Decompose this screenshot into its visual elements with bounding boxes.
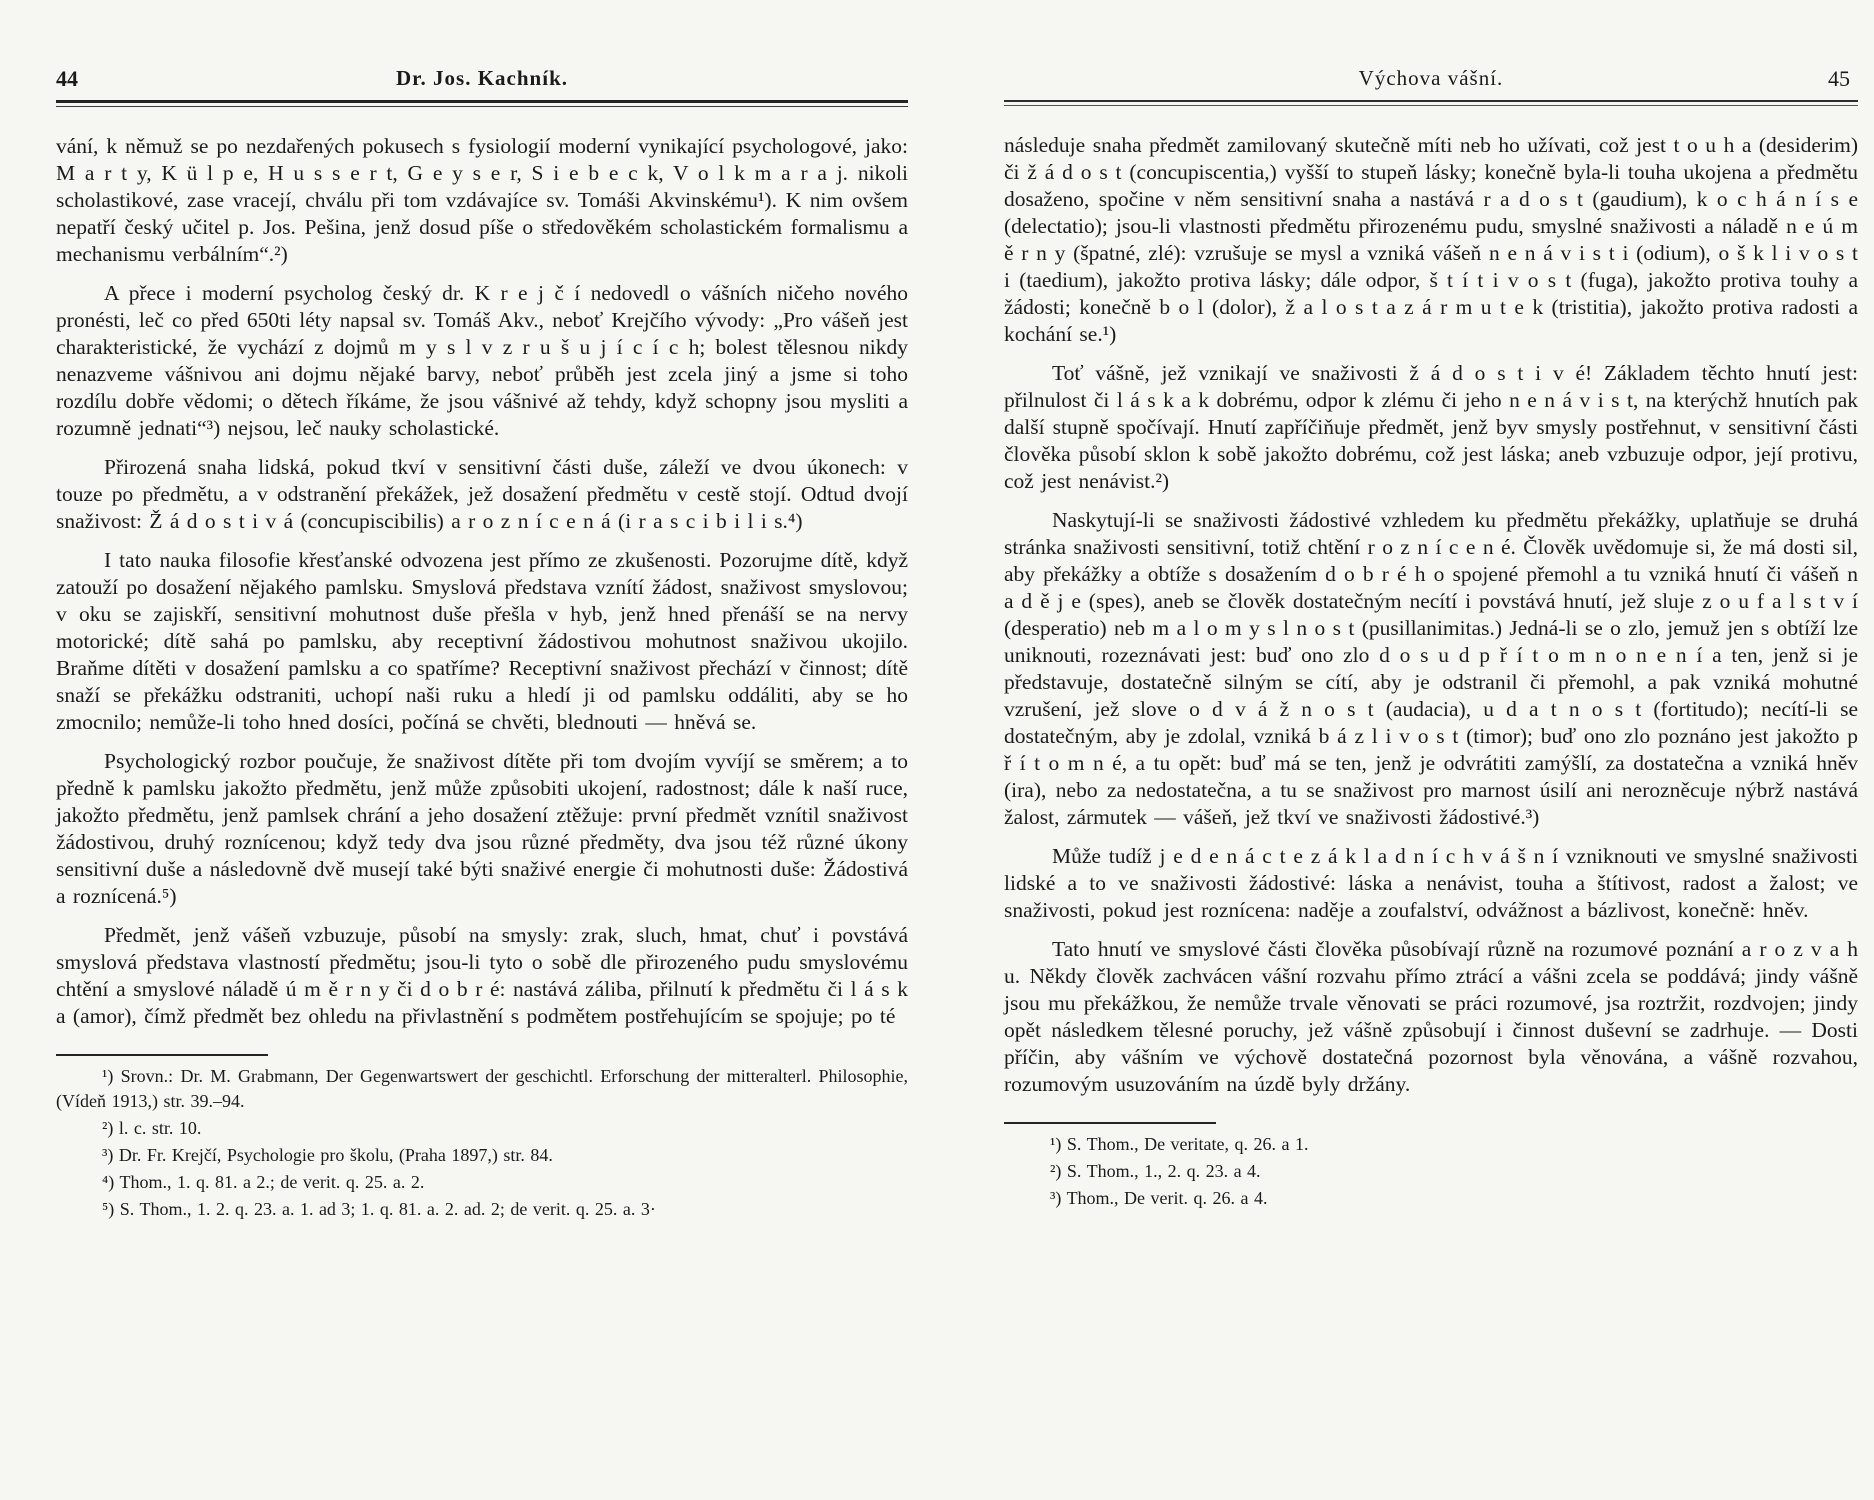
footnote: ¹) Srovn.: Dr. M. Grabmann, Der Gegenwar… bbox=[56, 1064, 908, 1114]
header-rule-left bbox=[56, 100, 908, 107]
paragraph: I tato nauka filosofie křesťanské odvoze… bbox=[56, 547, 908, 736]
body-text-right: následuje snaha předmět zamilovaný skute… bbox=[1004, 132, 1858, 1098]
footnote-rule-right bbox=[1004, 1122, 1216, 1124]
footnote: ³) Thom., De verit. q. 26. a 4. bbox=[1004, 1186, 1858, 1211]
page-header-left: 44 Dr. Jos. Kachník. bbox=[56, 66, 908, 96]
paragraph: Naskytují-li se snaživosti žádostivé vzh… bbox=[1004, 507, 1858, 831]
paragraph: Toť vášně, jež vznikají ve snaživosti ž … bbox=[1004, 360, 1858, 495]
footnotes-right: ¹) S. Thom., De veritate, q. 26. a 1.²) … bbox=[1004, 1132, 1858, 1211]
paragraph: vání, k němuž se po nezdařených pokusech… bbox=[56, 133, 908, 268]
footnote: ³) Dr. Fr. Krejčí, Psychologie pro školu… bbox=[56, 1143, 908, 1168]
page-header-right: Výchova vášní. 45 bbox=[1004, 66, 1858, 96]
footnotes-left: ¹) Srovn.: Dr. M. Grabmann, Der Gegenwar… bbox=[56, 1064, 908, 1222]
footnote: ¹) S. Thom., De veritate, q. 26. a 1. bbox=[1004, 1132, 1858, 1157]
footnote: ²) S. Thom., 1., 2. q. 23. a 4. bbox=[1004, 1159, 1858, 1184]
page-left: 44 Dr. Jos. Kachník. vání, k němuž se po… bbox=[56, 0, 908, 1224]
footnote: ⁴) Thom., 1. q. 81. a 2.; de verit. q. 2… bbox=[56, 1170, 908, 1195]
paragraph: Tato hnutí ve smyslové části člověka půs… bbox=[1004, 936, 1858, 1098]
body-text-left: vání, k němuž se po nezdařených pokusech… bbox=[56, 133, 908, 1030]
paragraph: A přece i moderní psycholog český dr. K … bbox=[56, 280, 908, 442]
footnote: ⁵) S. Thom., 1. 2. q. 23. a. 1. ad 3; 1.… bbox=[56, 1197, 908, 1222]
paragraph: Předmět, jenž vášeň vzbuzuje, působí na … bbox=[56, 922, 908, 1030]
page-number-right: 45 bbox=[1828, 66, 1850, 92]
paragraph: Psychologický rozbor poučuje, že snaživo… bbox=[56, 748, 908, 910]
running-title-right: Výchova vášní. bbox=[1004, 66, 1858, 91]
running-title-left: Dr. Jos. Kachník. bbox=[56, 66, 908, 91]
page-right: Výchova vášní. 45 následuje snaha předmě… bbox=[1004, 0, 1858, 1213]
book-scan: 44 Dr. Jos. Kachník. vání, k němuž se po… bbox=[0, 0, 1874, 1500]
footnote: ²) l. c. str. 10. bbox=[56, 1116, 908, 1141]
footnote-rule-left bbox=[56, 1054, 268, 1056]
header-rule-right bbox=[1004, 100, 1858, 106]
paragraph: následuje snaha předmět zamilovaný skute… bbox=[1004, 132, 1858, 348]
paragraph: Může tudíž j e d e n á c t e z á k l a d… bbox=[1004, 843, 1858, 924]
paragraph: Přirozená snaha lidská, pokud tkví v sen… bbox=[56, 454, 908, 535]
